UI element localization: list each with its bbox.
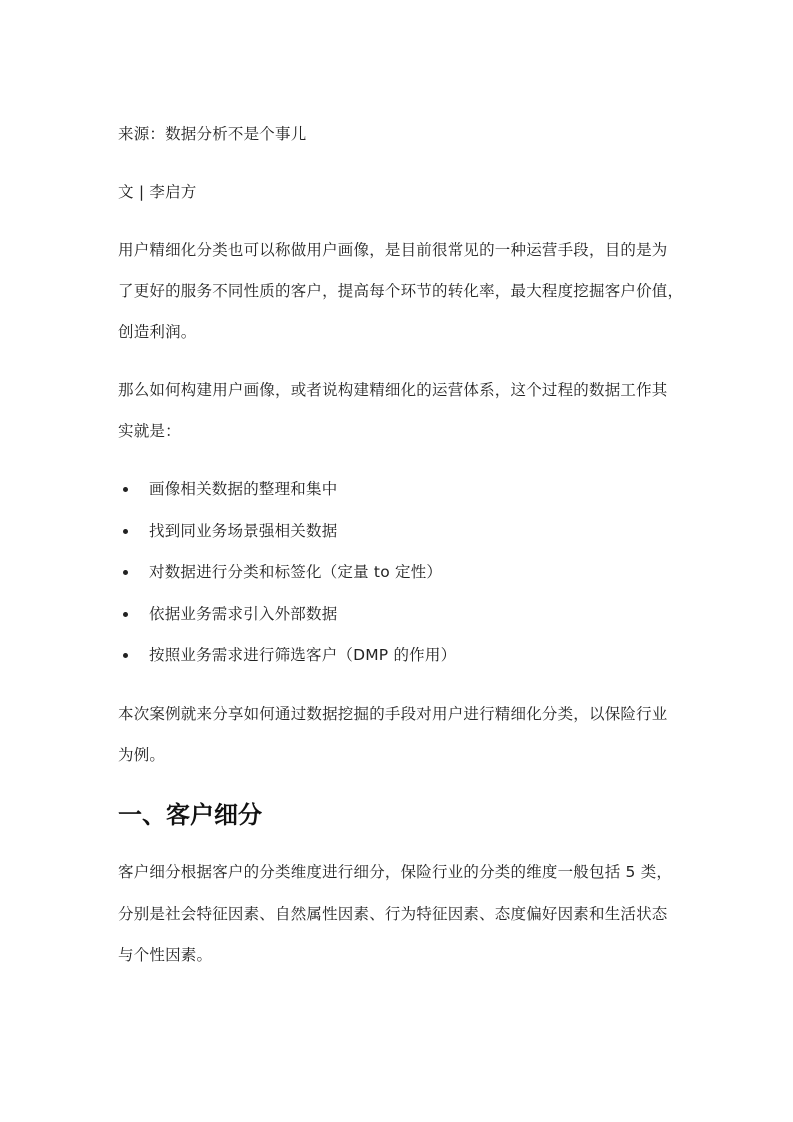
section-heading: 一、客户细分 — [118, 800, 262, 830]
bullet-icon — [123, 570, 128, 575]
bullet-icon — [123, 612, 128, 617]
paragraph-line: 分别是社会特征因素、自然属性因素、行为特征因素、态度偏好因素和生活状态 — [118, 904, 668, 924]
list-item-text: 按照业务需求进行筛选客户（DMP 的作用） — [149, 645, 456, 665]
source-line: 来源：数据分析不是个事儿 — [118, 124, 306, 144]
bullet-icon — [123, 653, 128, 658]
paragraph-line: 与个性因素。 — [118, 945, 212, 965]
list-item-text: 找到同业务场景强相关数据 — [149, 521, 337, 541]
list-item-text: 画像相关数据的整理和集中 — [149, 479, 337, 499]
paragraph-line: 本次案例就来分享如何通过数据挖掘的手段对用户进行精细化分类，以保险行业 — [118, 704, 668, 724]
author-line: 文 | 李启方 — [118, 182, 196, 202]
paragraph-line: 用户精细化分类也可以称做用户画像，是目前很常见的一种运营手段，目的是为 — [118, 240, 668, 260]
list-item-text: 对数据进行分类和标签化（定量 to 定性） — [149, 562, 442, 582]
list-item-text: 依据业务需求引入外部数据 — [149, 604, 337, 624]
paragraph-line: 实就是： — [118, 421, 181, 441]
paragraph-line: 那么如何构建用户画像，或者说构建精细化的运营体系，这个过程的数据工作其 — [118, 380, 668, 400]
paragraph-line: 为例。 — [118, 745, 165, 765]
paragraph-line: 了更好的服务不同性质的客户，提高每个环节的转化率，最大程度挖掘客户价值， — [118, 281, 683, 301]
bullet-icon — [123, 529, 128, 534]
paragraph-line: 客户细分根据客户的分类维度进行细分，保险行业的分类的维度一般包括 5 类， — [118, 862, 672, 882]
paragraph-line: 创造利润。 — [118, 322, 197, 342]
bullet-icon — [123, 487, 128, 492]
